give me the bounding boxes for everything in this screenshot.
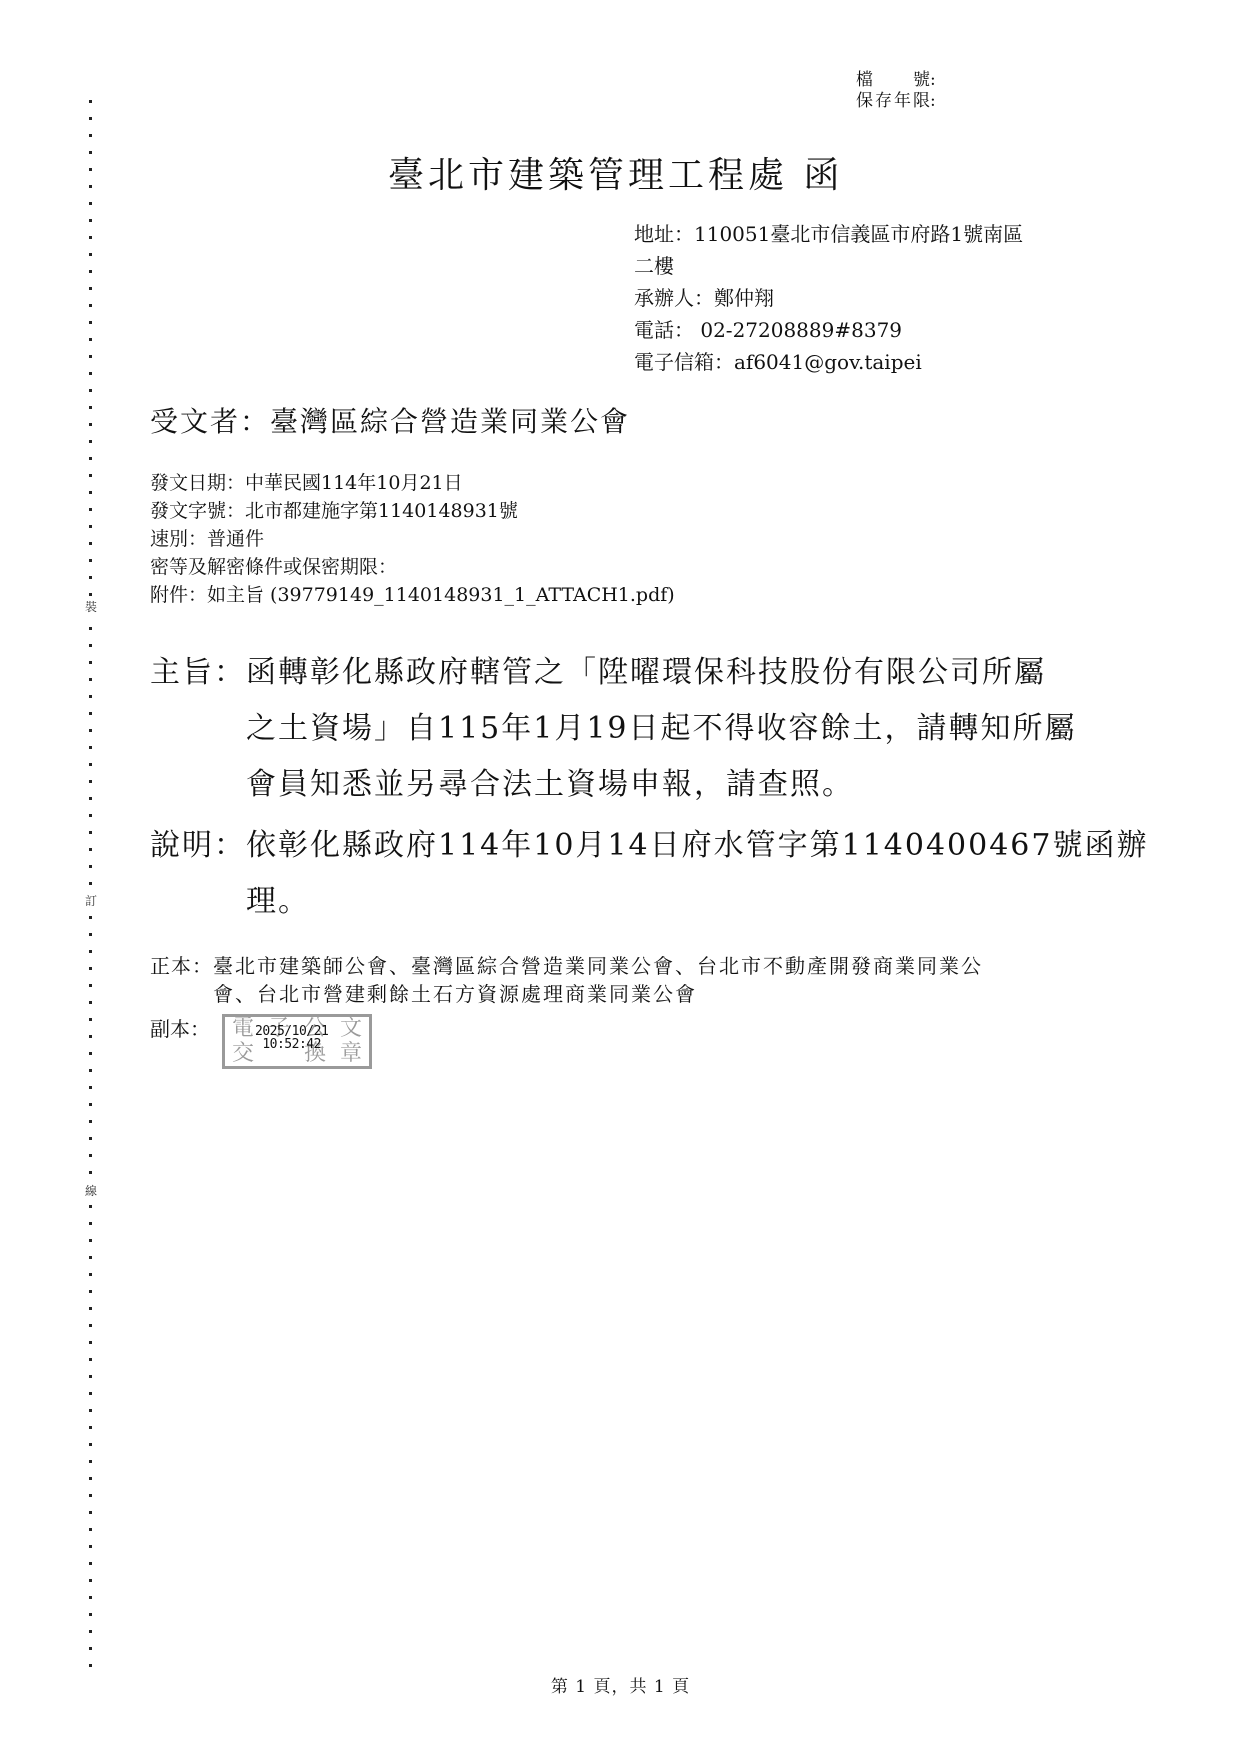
binding-dot [89,1273,92,1276]
binding-dot [89,712,92,715]
original-recipients: 臺北市建築師公會、臺灣區綜合營造業同業公會、台北市不動產開發商業同業公 會、台北… [213,952,1110,1008]
binding-label: 線 [84,1184,98,1198]
binding-dot [89,1307,92,1310]
binding-dot [89,253,92,256]
binding-dot [89,967,92,970]
binding-dot [89,1358,92,1361]
subject-body: 函轉彰化縣政府轄管之「陞曜環保科技股份有限公司所屬 之土資場」自115年1月19… [246,645,1110,813]
binding-dot [89,151,92,154]
binding-dot [89,185,92,188]
binding-dot [89,882,92,885]
phone: 電話： 02-27208889#8379 [634,314,1104,346]
document-meta: 發文日期：中華民國114年10月21日 發文字號：北市都建施字第11401489… [150,469,675,609]
attachment: 附件：如主旨 (39779149_1140148931_1_ATTACH1.pd… [150,581,675,609]
binding-dot [89,1494,92,1497]
binding-dot [89,1443,92,1446]
binding-dot [89,1647,92,1650]
file-number-label: 檔 號 [856,70,930,91]
binding-dot [89,1324,92,1327]
binding-dot [89,202,92,205]
binding-dot [89,814,92,817]
binding-dot [89,1426,92,1429]
retention-row: 保存年限: [856,91,936,112]
binding-dot [89,797,92,800]
original-line: 會、台北市營建剩餘土石方資源處理商業同業公會 [213,980,1110,1008]
binding-dot [89,916,92,919]
file-number-row: 檔 號: [856,70,936,91]
binding-dot [89,1205,92,1208]
explanation-line: 理。 [246,874,1148,930]
original-line: 臺北市建築師公會、臺灣區綜合營造業同業公會、台北市不動產開發商業同業公 [213,952,1110,980]
explanation-section: 說明： 依彰化縣政府114年10月14日府水管字第1140400467號函辦 理… [150,818,1110,930]
stamp-time: 10:52:42 [255,1038,328,1051]
binding-dot [89,1613,92,1616]
binding-dot [89,1341,92,1344]
binding-dot [89,1562,92,1565]
binding-dot [89,695,92,698]
address-line-1: 地址：110051臺北市信義區市府路1號南區 [634,218,1104,250]
binding-dot [89,508,92,511]
colon: : [930,91,936,112]
binding-dot [89,1477,92,1480]
binding-dot [89,576,92,579]
binding-dot [89,746,92,749]
binding-dot [89,1120,92,1123]
binding-dot [89,219,92,222]
binding-dot [89,984,92,987]
binding-dot [89,372,92,375]
binding-dot [89,933,92,936]
binding-dot [89,1069,92,1072]
binding-dot [89,1018,92,1021]
binding-dot [89,1392,92,1395]
explanation-heading: 說明： [150,818,246,930]
subject-heading: 主旨： [150,645,246,813]
binding-dot [89,593,92,596]
binding-dot [89,100,92,103]
binding-dot [89,321,92,324]
binding-dot [89,1630,92,1633]
binding-dot [89,1290,92,1293]
stamp-timestamp: 2025/10/21 10:52:42 [255,1025,328,1051]
binding-dot [89,831,92,834]
file-meta: 檔 號: 保存年限: [856,70,936,112]
binding-dot [89,678,92,681]
explanation-body: 依彰化縣政府114年10月14日府水管字第1140400467號函辦 理。 [246,818,1148,930]
binding-dot [89,950,92,953]
binding-dot [89,287,92,290]
email: 電子信箱：af6041@gov.taipei [634,346,1104,378]
stamp-char: 章 [333,1042,369,1067]
binding-dot [89,457,92,460]
binding-dot [89,1035,92,1038]
binding-dot [89,1409,92,1412]
binding-dot [89,1222,92,1225]
issue-date: 發文日期：中華民國114年10月21日 [150,469,675,497]
binding-dot [89,1579,92,1582]
binding-dot [89,865,92,868]
binding-dot [89,1103,92,1106]
address-line-2: 二樓 [634,250,1104,282]
binding-dot [89,559,92,562]
subject-line: 之土資場」自115年1月19日起不得收容餘土，請轉知所屬 [246,701,1110,757]
binding-dot [89,1256,92,1259]
binding-dot [89,780,92,783]
binding-dot [89,304,92,307]
colon: : [930,70,936,91]
binding-dot [89,1460,92,1463]
binding-dot [89,406,92,409]
binding-label: 裝 [84,600,98,614]
binding-line: 裝訂線 [84,96,98,1676]
binding-dot [89,1239,92,1242]
binding-dot [89,661,92,664]
binding-dot [89,1511,92,1514]
binding-dot [89,134,92,137]
cc-heading: 副本： [150,1015,210,1043]
binding-dot [89,440,92,443]
binding-dot [89,236,92,239]
contact-block: 地址：110051臺北市信義區市府路1號南區 二樓 承辦人：鄭仲翔 電話： 02… [634,218,1104,378]
binding-dot [89,355,92,358]
original-copies: 正本： 臺北市建築師公會、臺灣區綜合營造業同業公會、台北市不動產開發商業同業公 … [150,952,1110,1008]
subject-line: 函轉彰化縣政府轄管之「陞曜環保科技股份有限公司所屬 [246,645,1110,701]
subject-line: 會員知悉並另尋合法土資場申報，請查照。 [246,757,1110,813]
original-heading: 正本： [150,952,213,1008]
binding-dot [89,848,92,851]
handler: 承辦人：鄭仲翔 [634,282,1104,314]
binding-dot [89,525,92,528]
binding-dot [89,644,92,647]
binding-dot [89,389,92,392]
binding-dot [89,168,92,171]
binding-dot [89,1664,92,1667]
issue-number: 發文字號：北市都建施字第1140148931號 [150,497,675,525]
binding-dot [89,117,92,120]
binding-dot [89,270,92,273]
binding-dot [89,1154,92,1157]
page-footer: 第 1 頁，共 1 頁 [0,1672,1241,1697]
binding-label: 訂 [84,894,98,908]
binding-dot [89,1001,92,1004]
binding-dot [89,423,92,426]
binding-dot [89,1375,92,1378]
binding-dot [89,1052,92,1055]
binding-dot [89,1086,92,1089]
binding-dot [89,1171,92,1174]
classification: 密等及解密條件或保密期限： [150,553,675,581]
binding-dot [89,1596,92,1599]
document-title: 臺北市建築管理工程處 函 [388,152,843,200]
recipient: 受文者：臺灣區綜合營造業同業公會 [150,400,630,440]
explanation-line: 依彰化縣政府114年10月14日府水管字第1140400467號函辦 [246,818,1148,874]
binding-dot [89,627,92,630]
stamp-char: 文 [333,1017,369,1042]
binding-dot [89,338,92,341]
binding-dot [89,474,92,477]
binding-dot [89,1545,92,1548]
subject-section: 主旨： 函轉彰化縣政府轄管之「陞曜環保科技股份有限公司所屬 之土資場」自115年… [150,645,1110,813]
retention-label: 保存年限 [856,91,930,112]
speed: 速別：普通件 [150,525,675,553]
binding-dot [89,491,92,494]
binding-dot [89,763,92,766]
binding-dot [89,1137,92,1140]
binding-dot [89,542,92,545]
binding-dot [89,729,92,732]
e-exchange-stamp: 電 子 公 文 交 換 章 2025/10/21 10:52:42 [222,1014,372,1069]
binding-dot [89,1528,92,1531]
